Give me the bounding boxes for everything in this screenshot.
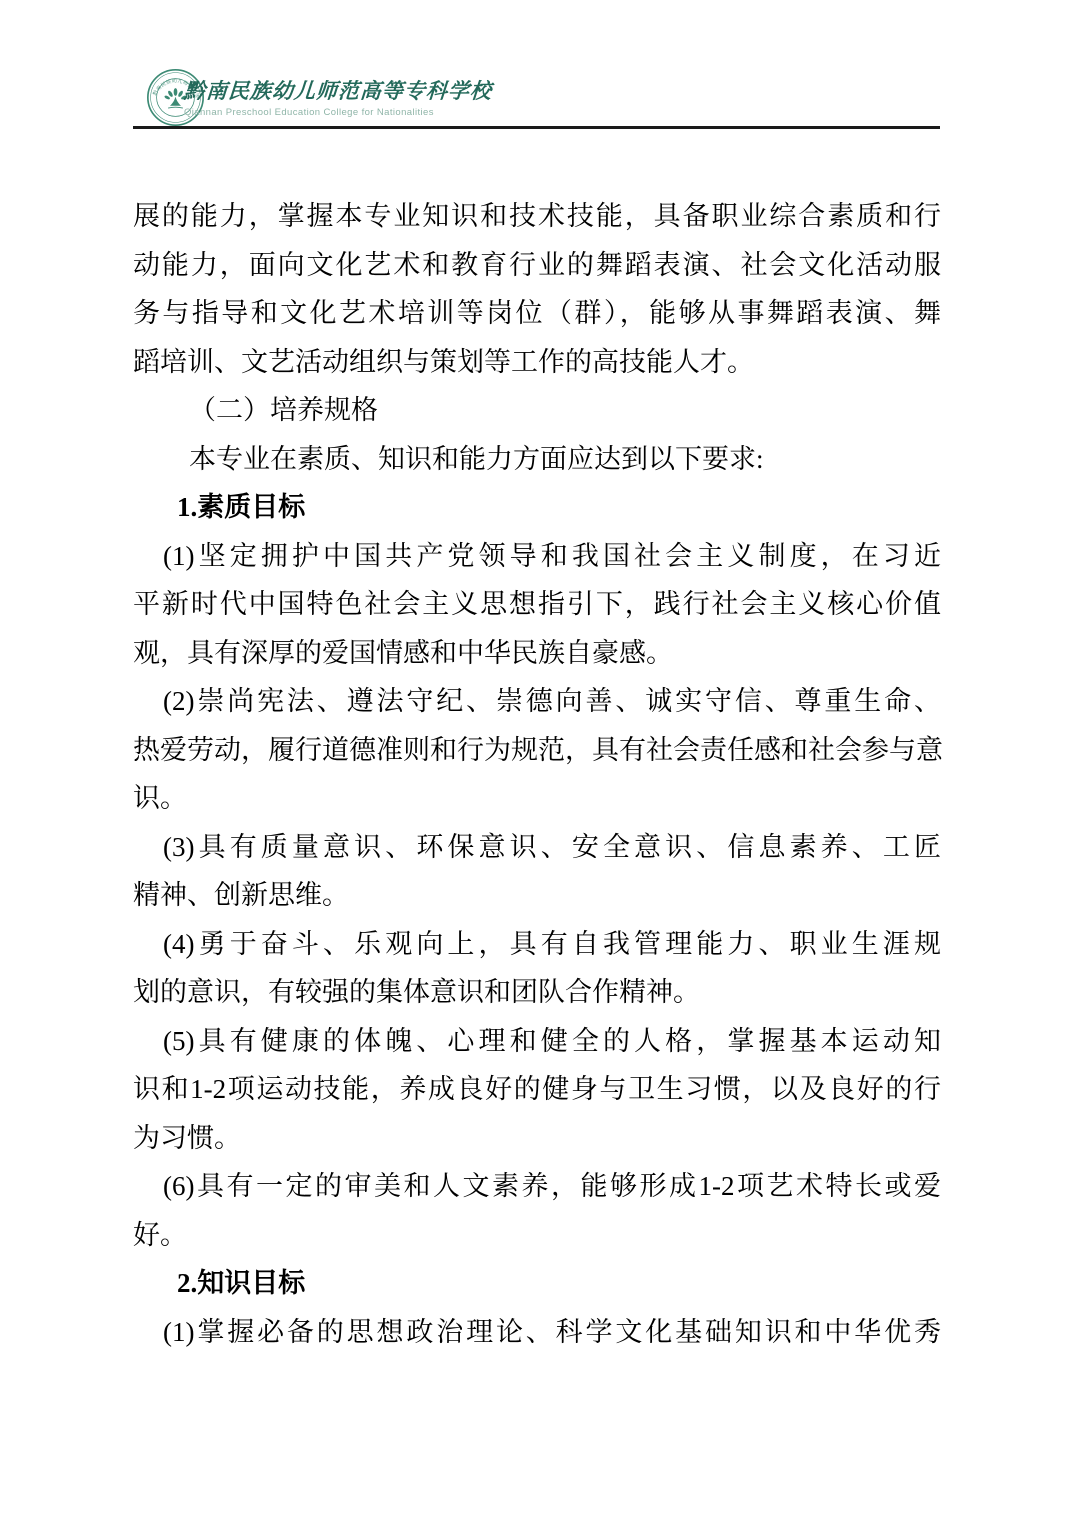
text-line: 动能力，面向文化艺术和教育行业的舞蹈表演、社会文化活动服 xyxy=(133,241,941,290)
text-line: 识和1-2项运动技能，养成良好的健身与卫生习惯，以及良好的行 xyxy=(133,1065,941,1114)
text-line: (6)具有一定的审美和人文素养，能够形成1-2项艺术特长或爱 xyxy=(133,1162,941,1211)
document-body: 展的能力，掌握本专业知识和技术技能，具备职业综合素质和行动能力，面向文化艺术和教… xyxy=(133,192,941,1356)
header-divider-rule xyxy=(133,126,940,129)
text-line: 1.素质目标 xyxy=(133,483,941,532)
text-line: (1)掌握必备的思想政治理论、科学文化基础知识和中华优秀 xyxy=(133,1308,941,1357)
text-line: 热爱劳动，履行道德准则和行为规范，具有社会责任感和社会参与意 xyxy=(133,726,941,775)
school-name-chinese: 黔南民族幼儿师范高等专科学校 xyxy=(183,76,705,106)
text-line: (2)崇尚宪法、遵法守纪、崇德向善、诚实守信、尊重生命、 xyxy=(133,677,941,726)
text-line: 平新时代中国特色社会主义思想指引下，践行社会主义核心价值 xyxy=(133,580,941,629)
text-line: （二）培养规格 xyxy=(133,386,941,435)
school-name-block: 黔南民族幼儿师范高等专科学校 Qiannan Preschool Educati… xyxy=(184,76,704,119)
text-line: 划的意识，有较强的集体意识和团队合作精神。 xyxy=(133,968,941,1017)
text-line: 2.知识目标 xyxy=(133,1259,941,1308)
school-name-english: Qiannan Preschool Education College for … xyxy=(184,107,704,119)
text-line: (4)勇于奋斗、乐观向上，具有自我管理能力、职业生涯规 xyxy=(133,920,941,969)
text-line: (3)具有质量意识、环保意识、安全意识、信息素养、工匠 xyxy=(133,823,941,872)
document-page: 黔南民族幼儿师范高等专科学校 黔南民族幼儿师范高等专科学校 Qiannan Pr… xyxy=(0,0,1074,1520)
text-line: 务与指导和文化艺术培训等岗位（群），能够从事舞蹈表演、舞 xyxy=(133,289,941,338)
text-line: 本专业在素质、知识和能力方面应达到以下要求: xyxy=(133,435,941,484)
text-line: 为习惯。 xyxy=(133,1114,941,1163)
text-line: (5)具有健康的体魄、心理和健全的人格，掌握基本运动知 xyxy=(133,1017,941,1066)
text-line: (1)坚定拥护中国共产党领导和我国社会主义制度，在习近 xyxy=(133,532,941,581)
text-line: 展的能力，掌握本专业知识和技术技能，具备职业综合素质和行 xyxy=(133,192,941,241)
text-line: 识。 xyxy=(133,774,941,823)
text-line: 观，具有深厚的爱国情感和中华民族自豪感。 xyxy=(133,629,941,678)
text-line: 好。 xyxy=(133,1211,941,1260)
text-line: 蹈培训、文艺活动组织与策划等工作的高技能人才。 xyxy=(133,338,941,387)
page-header: 黔南民族幼儿师范高等专科学校 黔南民族幼儿师范高等专科学校 Qiannan Pr… xyxy=(0,0,1074,140)
text-line: 精神、创新思维。 xyxy=(133,871,941,920)
